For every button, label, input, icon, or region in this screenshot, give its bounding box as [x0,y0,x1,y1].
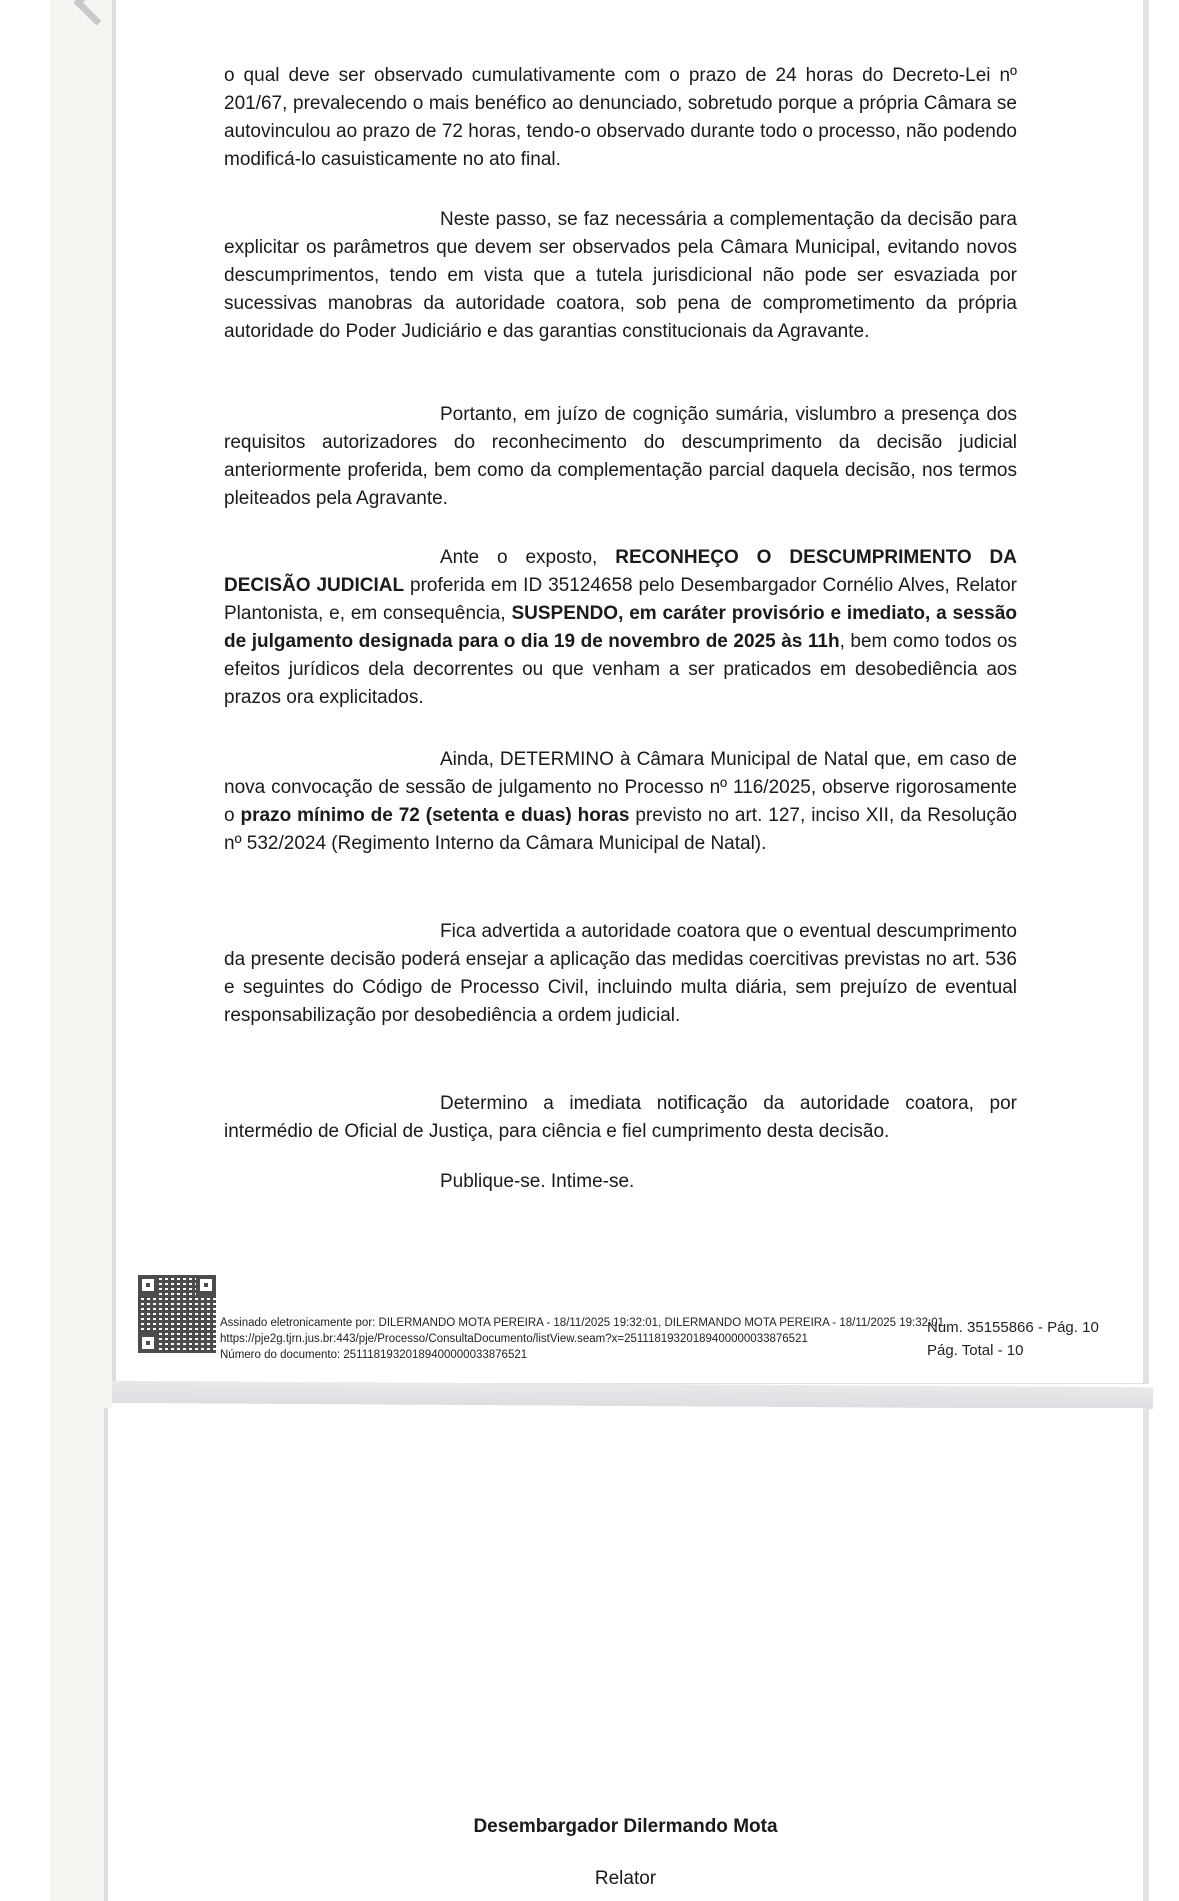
paragraph-continuation: o qual deve ser observado cumulativament… [224,62,1017,174]
document-page-10: o qual deve ser observado cumulativament… [112,0,1149,1384]
paragraph-portanto: Portanto, em juízo de cognição sumária, … [224,401,1017,513]
qr-finder [196,1275,216,1295]
num-page-label: Num. 35155866 - Pág. 10 [927,1318,1099,1338]
paragraph-text: Neste passo, se faz necessária a complem… [224,206,1017,346]
document-url-link[interactable]: https://pje2g.tjrn.jus.br:443/pje/Proces… [220,1331,808,1347]
qr-finder [138,1333,158,1353]
bold-text-run: prazo mínimo de 72 (setenta e duas) hora… [241,805,630,826]
paragraph-text: o qual deve ser observado cumulativament… [224,62,1017,174]
document-page-11: Desembargador Dilermando Mota Relator [104,1408,1149,1901]
paragraph-publique: Publique-se. Intime-se. [224,1168,1017,1196]
viewer-side-strip [50,0,112,1901]
paragraph-text: Portanto, em juízo de cognição sumária, … [224,401,1017,513]
paragraph-notificacao: Determino a imediata notificação da auto… [224,1090,1017,1146]
page-separator [112,1381,1153,1409]
paragraph-text: Ante o exposto, RECONHEÇO O DESCUMPRIMEN… [224,544,1017,712]
text-run: Ante o exposto, [440,547,615,568]
paragraph-text: Fica advertida a autoridade coatora que … [224,918,1017,1030]
paragraph-determino: Ainda, DETERMINO à Câmara Municipal de N… [224,746,1017,858]
signature-role: Relator [108,1868,1143,1890]
paragraph-text: Ainda, DETERMINO à Câmara Municipal de N… [224,746,1017,858]
signature-stamp-line: Assinado eletronicamente por: DILERMANDO… [220,1315,944,1331]
document-number: Número do documento: 2511181932018940000… [220,1347,527,1363]
signature-name: Desembargador Dilermando Mota [108,1816,1143,1838]
paragraph-text: Publique-se. Intime-se. [224,1168,1017,1196]
paragraph-text: Determino a imediata notificação da auto… [224,1090,1017,1146]
qr-code-icon [138,1275,216,1353]
paragraph-dispositivo: Ante o exposto, RECONHEÇO O DESCUMPRIMEN… [224,544,1017,712]
paragraph-advertencia: Fica advertida a autoridade coatora que … [224,918,1017,1030]
qr-finder [138,1275,158,1295]
paragraph-complementacao: Neste passo, se faz necessária a complem… [224,206,1017,346]
total-pages-label: Pág. Total - 10 [927,1341,1023,1361]
